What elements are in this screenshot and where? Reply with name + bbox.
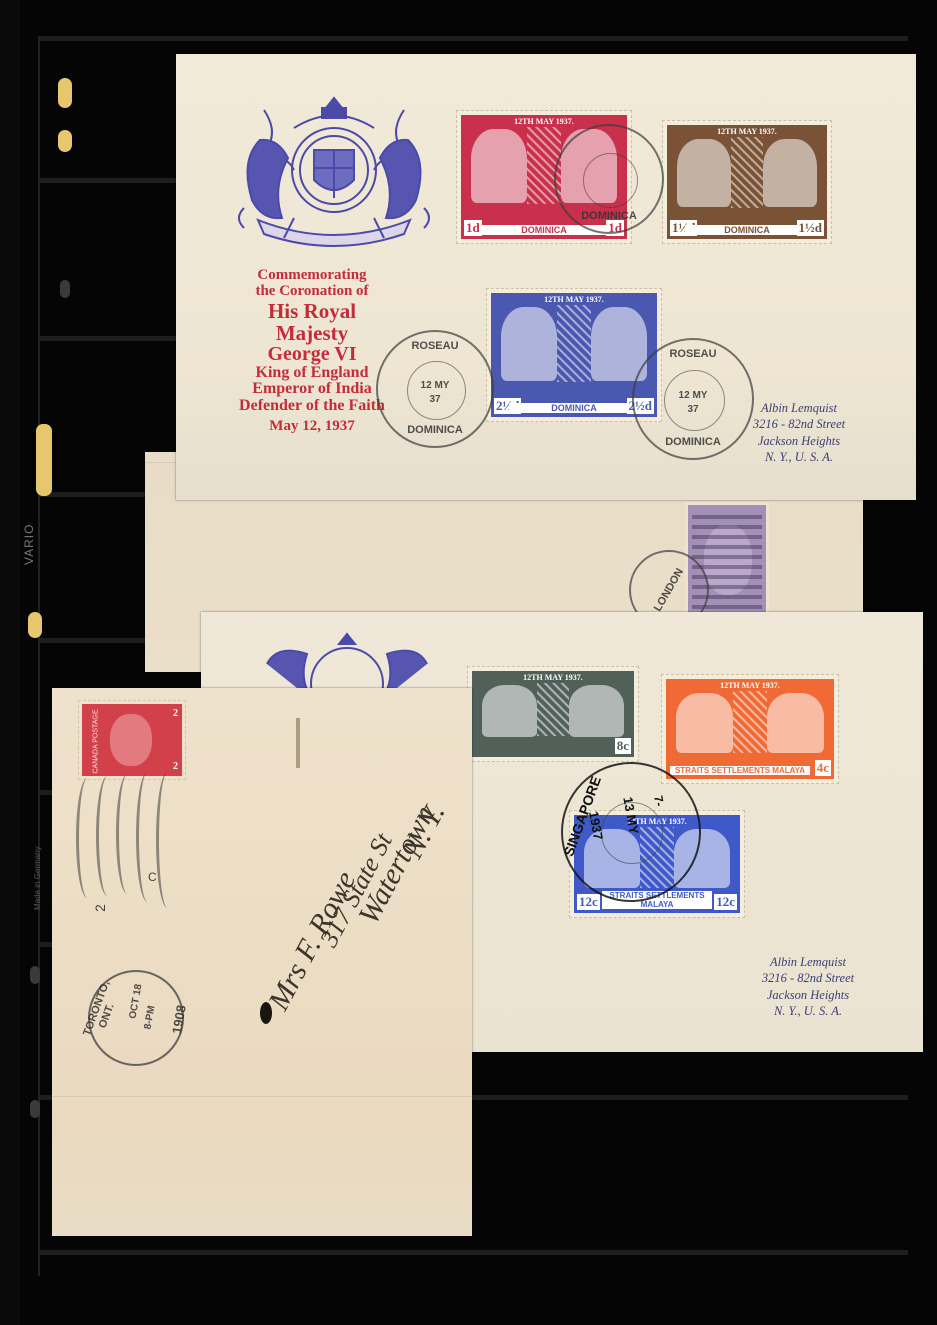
cancel-letter: C — [148, 870, 157, 884]
stamp-straits-4c: 12TH MAY 1937. STRAITS SETTLEMENTS MALAY… — [661, 674, 839, 784]
address-block: Albin Lemquist 3216 - 82nd Street Jackso… — [733, 954, 883, 1019]
ink-blot — [260, 1002, 272, 1024]
binder-hole — [30, 1100, 40, 1118]
album-brand: VARIO — [22, 524, 36, 565]
binder-hole — [58, 130, 72, 152]
stamp-dominica-1-5d: 12TH MAY 1937. 1½d DOMINICA 1½d — [662, 120, 832, 244]
king-portrait — [110, 714, 152, 766]
album-strip — [38, 1250, 908, 1255]
royal-crest-icon — [224, 90, 444, 260]
album-edge — [38, 36, 40, 1276]
stamp-canada-2c: CANADA POSTAGE 2 2 — [78, 700, 186, 780]
address-block: Albin Lemquist 3216 - 82nd Street Jackso… — [724, 400, 874, 465]
postmark-toronto: TORONTO, ONT. OCT 18 8-PM 1908 — [88, 970, 184, 1066]
album-origin: Made in Germany — [33, 846, 42, 910]
commemoration-text: Commemorating the Coronation of His Roya… — [232, 268, 392, 435]
binder-hole — [60, 280, 70, 298]
binder-hole — [28, 612, 42, 638]
binder-hole — [36, 424, 52, 496]
stain — [296, 718, 300, 768]
stamp-straits-8c: 12TH MAY 1937. 8c — [467, 666, 639, 762]
cover-dominica: Commemorating the Coronation of His Roya… — [176, 54, 916, 500]
binder-hole — [30, 966, 40, 984]
machine-cancel-line — [156, 772, 179, 908]
binder-hole — [58, 78, 72, 108]
flap-line — [52, 1096, 472, 1097]
postmark-roseau-2: ROSEAU 12 MY 37 DOMINICA — [376, 330, 494, 448]
album-strip — [38, 36, 908, 41]
cover-canada: CANADA POSTAGE 2 2 C 2 TORONTO, ONT. OCT… — [52, 688, 472, 1236]
postmark-roseau-1: DOMINICA — [554, 124, 664, 234]
postmark-singapore: SINGAPORE 13 MY 1937 7- — [561, 762, 701, 902]
cancel-number: 2 — [92, 904, 108, 912]
